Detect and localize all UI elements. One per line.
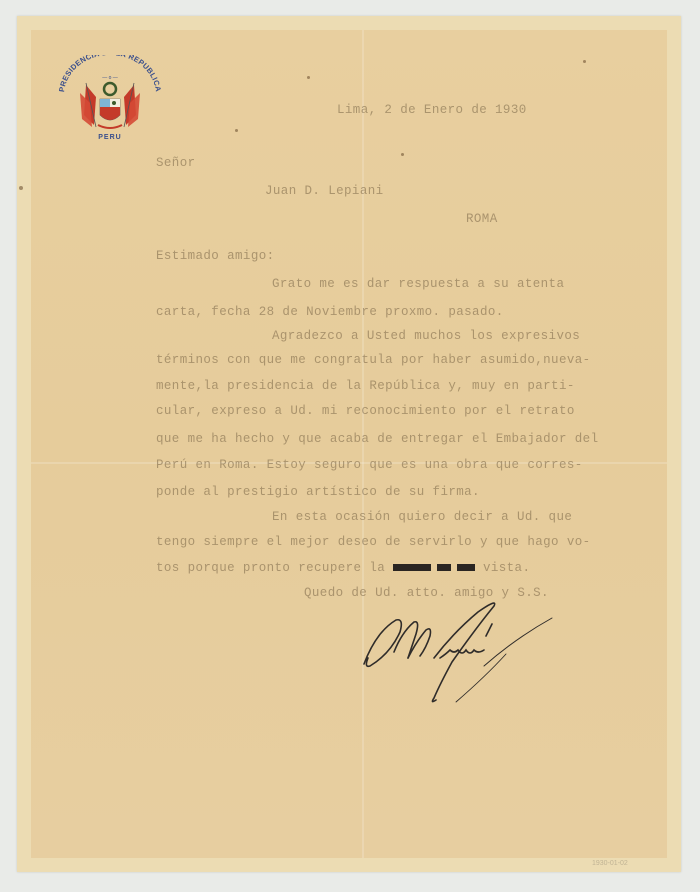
body-line: Grato me es dar respuesta a su atenta xyxy=(272,277,564,291)
body-line: En esta ocasión quiero decir a Ud. que xyxy=(272,510,572,524)
body-line: tos porque pronto recupere la vista. xyxy=(156,561,530,575)
body-line: términos con que me congratula por haber… xyxy=(156,353,591,367)
body-line: tengo siempre el mejor deseo de servirlo… xyxy=(156,535,591,549)
paper-stain xyxy=(583,60,586,63)
paper-stain xyxy=(235,129,238,132)
svg-text:— o —: — o — xyxy=(102,75,118,81)
struck-out-text xyxy=(393,564,475,571)
body-line: cular, expreso a Ud. mi reconocimiento p… xyxy=(156,404,575,418)
signature-icon xyxy=(356,592,566,712)
body-line: ponde al prestigio artístico de su firma… xyxy=(156,485,480,499)
handwritten-signature xyxy=(356,592,566,712)
body-line: carta, fecha 28 de Noviembre proxmo. pas… xyxy=(156,305,504,319)
body-line: Agradezco a Usted muchos los expresivos xyxy=(272,329,580,343)
letterhead-country: PERU xyxy=(56,134,164,141)
paper-stain xyxy=(401,153,404,156)
body-line-start: tos porque pronto recupere la xyxy=(156,561,385,575)
archive-mark: 1930-01-02 xyxy=(592,860,628,867)
paper-stain xyxy=(19,186,23,190)
body-line: mente,la presidencia de la República y, … xyxy=(156,379,575,393)
place-date: Lima, 2 de Enero de 1930 xyxy=(337,103,527,117)
body-line: Perú en Roma. Estoy seguro que es una ob… xyxy=(156,458,583,472)
greeting: Estimado amigo: xyxy=(156,249,275,263)
svg-text:PRESIDENCIA DE LA REPUBLICA: PRESIDENCIA DE LA REPUBLICA xyxy=(57,55,163,93)
body-line: que me ha hecho y que acaba de entregar … xyxy=(156,432,598,446)
letterhead-seal: PRESIDENCIA DE LA REPUBLICA — o — PERU xyxy=(56,55,164,147)
recipient-name: Juan D. Lepiani xyxy=(265,184,384,198)
salutation-title: Señor xyxy=(156,156,196,170)
recipient-city: ROMA xyxy=(466,212,498,226)
body-line-end: vista. xyxy=(483,561,530,575)
paper-stain xyxy=(307,76,310,79)
